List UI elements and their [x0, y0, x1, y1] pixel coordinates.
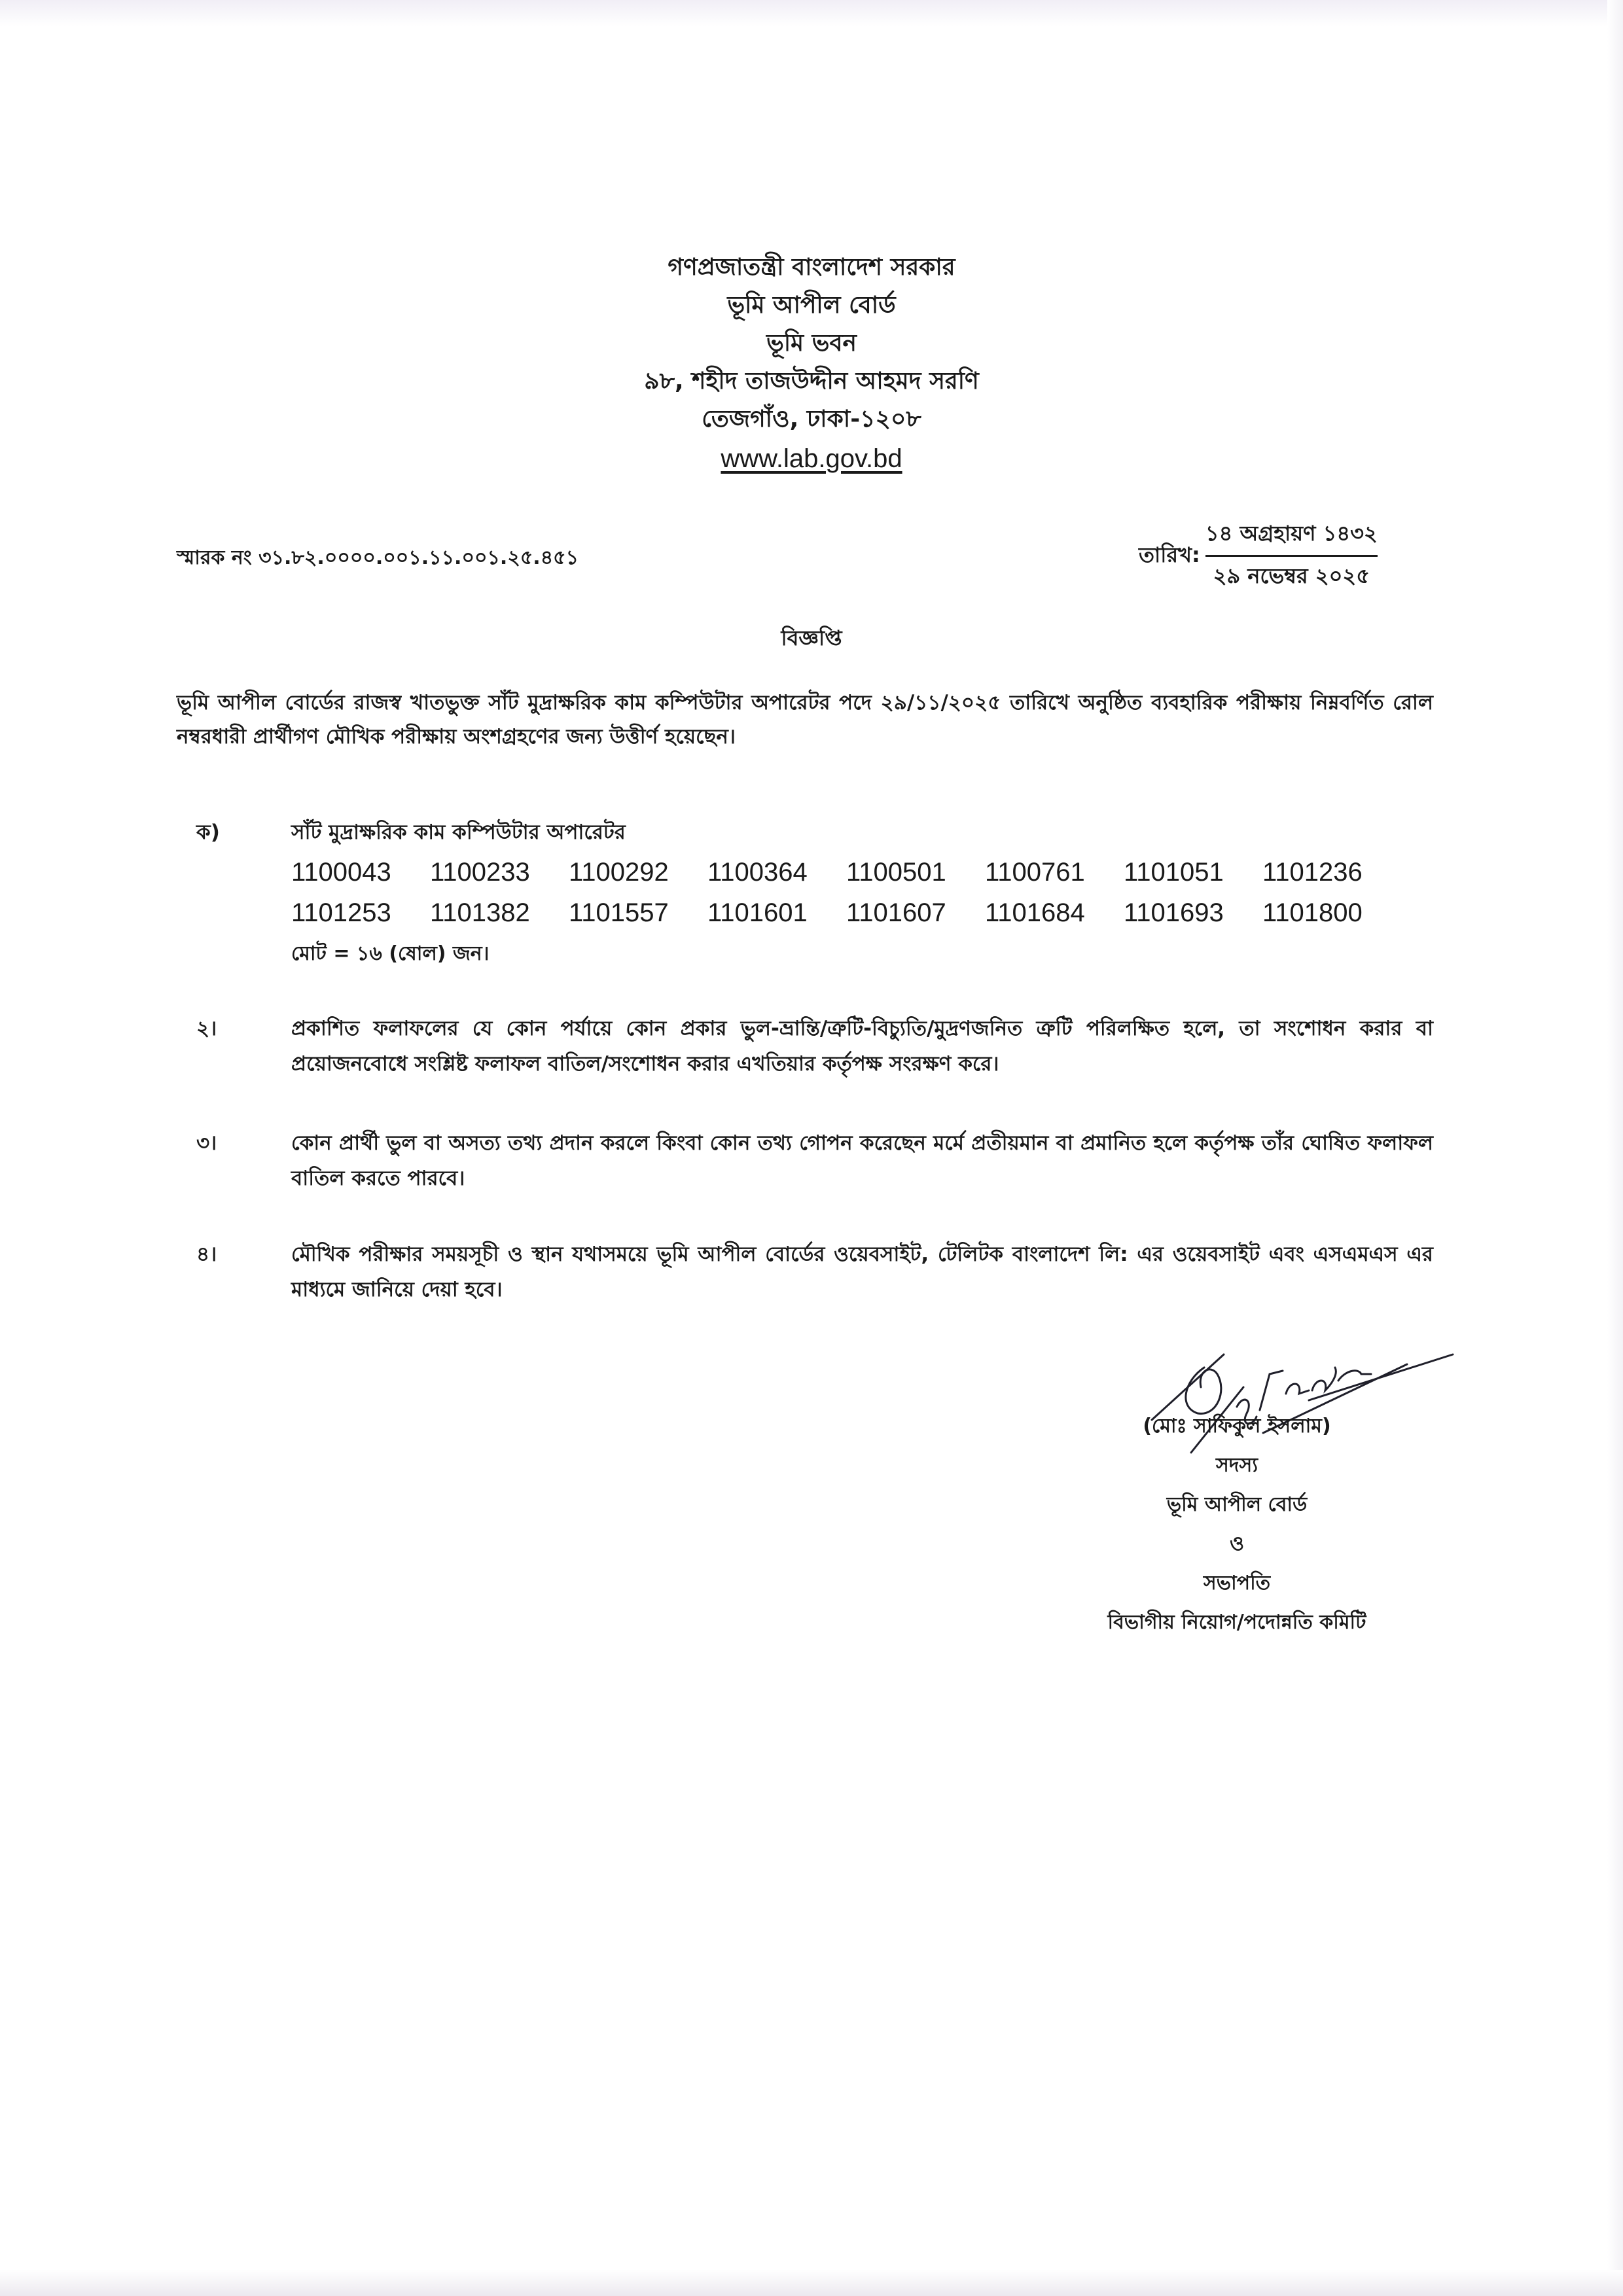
government-name: গণপ্রজাতন্ত্রী বাংলাদেশ সরকার — [0, 249, 1623, 287]
signature-block: (মোঃ সাফিকুল ইসলাম) সদস্য ভূমি আপীল বোর্… — [1054, 1328, 1420, 1642]
letterhead: গণপ্রজাতন্ত্রী বাংলাদেশ সরকার ভূমি আপীল … — [0, 249, 1623, 479]
date-gregorian: ২৯ নভেম্বর ২০২৫ — [1213, 557, 1370, 595]
roll-number: 1101557 — [569, 896, 707, 930]
roll-number: 1101684 — [985, 896, 1124, 930]
date-values: ১৪ অগ্রহায়ণ ১৪৩২ ২৯ নভেম্বর ২০২৫ — [1205, 517, 1378, 595]
item-number: ক) — [196, 815, 220, 850]
date-label: তারিখ: — [1139, 539, 1200, 574]
roll-number: 1101693 — [1124, 896, 1262, 930]
date-block: তারিখ: ১৪ অগ্রহায়ণ ১৪৩২ ২৯ নভেম্বর ২০২৫ — [1139, 517, 1378, 595]
total-count: মোট = ১৬ (ষোল) জন। — [291, 936, 1433, 972]
roll-number-grid: 1100043110023311002921100364110050111007… — [291, 855, 1433, 930]
signatory-role: সভাপতি — [1054, 1564, 1420, 1603]
item-text: মৌখিক পরীক্ষার সময়সূচী ও স্থান যথাসময়ে… — [291, 1237, 1433, 1307]
item-text: কোন প্রার্থী ভুল বা অসত্য তথ্য প্রদান কর… — [291, 1125, 1433, 1196]
signatory-designation: সদস্য — [1054, 1446, 1420, 1485]
roll-number: 1101601 — [707, 896, 846, 930]
signatory-committee: বিভাগীয় নিয়োগ/পদোন্নতি কমিটি — [1054, 1603, 1420, 1642]
signatory-office: ভূমি আপীল বোর্ড — [1054, 1485, 1420, 1525]
list-item-results: ক) সাঁট মুদ্রাক্ষরিক কাম কম্পিউটার অপারে… — [177, 815, 1433, 972]
item-number: ৪। — [196, 1237, 217, 1272]
signatory-conjunction: ও — [1054, 1525, 1420, 1564]
roll-number: 1100364 — [707, 855, 846, 889]
roll-number: 1100043 — [291, 855, 430, 889]
signatory-name: (মোঃ সাফিকুল ইসলাম) — [1054, 1407, 1420, 1446]
post-name: সাঁট মুদ্রাক্ষরিক কাম কম্পিউটার অপারেটর — [291, 815, 1433, 850]
roll-number: 1100292 — [569, 855, 707, 889]
roll-number: 1101253 — [291, 896, 430, 930]
item-number: ৩। — [196, 1125, 217, 1161]
street-address: ৯৮, শহীদ তাজউদ্দীন আহমদ সরণি — [0, 362, 1623, 400]
website-link[interactable]: www.lab.gov.bd — [721, 440, 902, 478]
item-number: ২। — [196, 1011, 217, 1046]
office-name: ভূমি আপীল বোর্ড — [0, 287, 1623, 325]
scan-edge-top — [0, 0, 1623, 26]
roll-number: 1100233 — [430, 855, 569, 889]
roll-number: 1101607 — [846, 896, 985, 930]
intro-paragraph: ভূমি আপীল বোর্ডের রাজস্ব খাতভুক্ত সাঁট ম… — [177, 686, 1433, 754]
item-text: প্রকাশিত ফলাফলের যে কোন পর্যায়ে কোন প্র… — [291, 1011, 1433, 1082]
roll-number: 1101236 — [1262, 855, 1401, 889]
roll-number: 1100761 — [985, 855, 1124, 889]
notice-title: বিজ্ঞপ্তি — [0, 622, 1623, 657]
city-address: তেজগাঁও, ঢাকা-১২০৮ — [0, 400, 1623, 438]
roll-number: 1100501 — [846, 855, 985, 889]
roll-number: 1101382 — [430, 896, 569, 930]
roll-number: 1101800 — [1262, 896, 1401, 930]
roll-number: 1101051 — [1124, 855, 1262, 889]
scan-edge-bottom — [0, 2270, 1623, 2296]
date-bangla: ১৪ অগ্রহায়ণ ১৪৩২ — [1205, 517, 1378, 557]
building-name: ভূমি ভবন — [0, 325, 1623, 362]
memo-number: স্মারক নং ৩১.৮২.০০০০.০০১.১১.০০১.২৫.৪৫১ — [177, 542, 579, 575]
